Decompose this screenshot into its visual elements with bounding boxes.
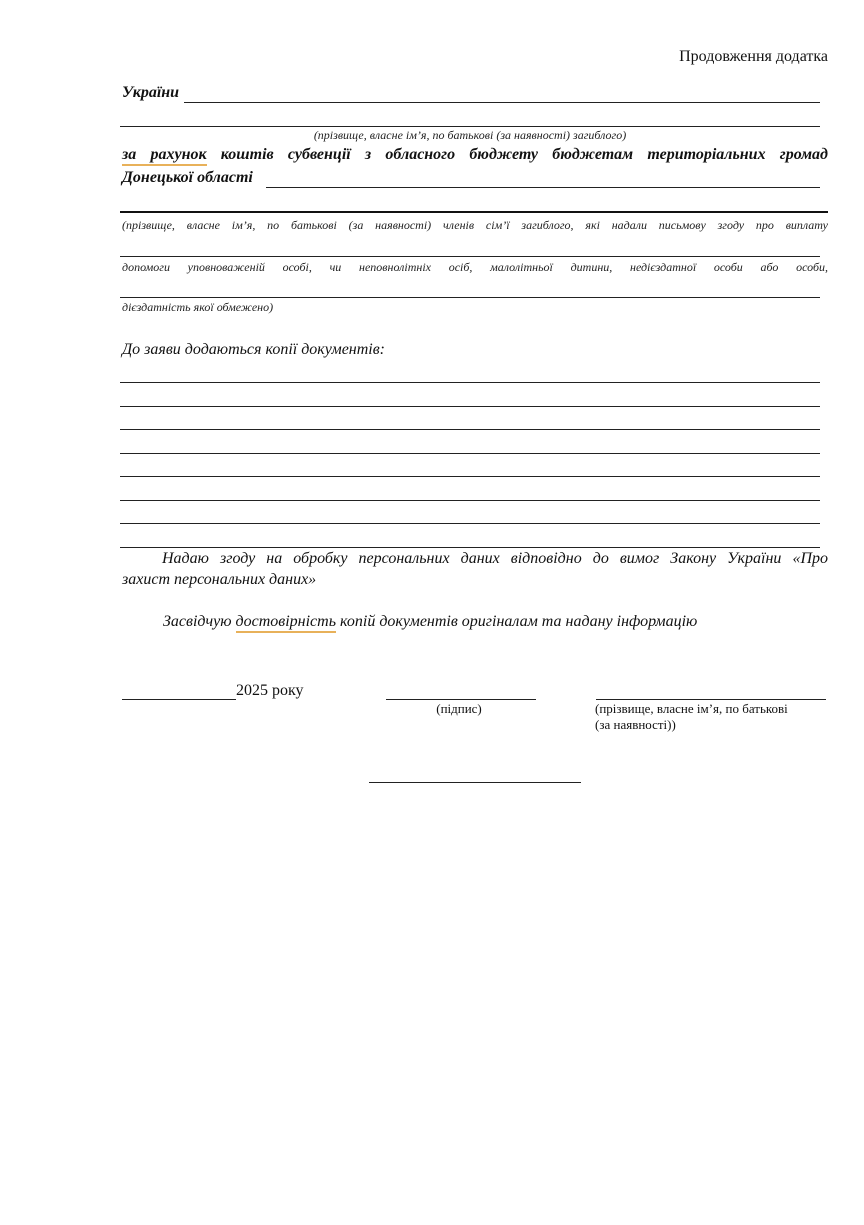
- region-label: Донецької області: [122, 169, 253, 187]
- certify-text-before: Засвідчую: [163, 613, 236, 630]
- attachment-line[interactable]: [120, 382, 820, 383]
- signature-caption: (підпис): [386, 701, 532, 717]
- country-label: України: [122, 84, 179, 102]
- certify-statement: Засвідчую достовірність копій документів…: [163, 613, 697, 631]
- attachment-line[interactable]: [120, 476, 820, 477]
- highlighted-phrase: за рахунок: [122, 146, 207, 166]
- name-caption-line2: (за наявності)): [595, 717, 676, 733]
- region-field-line[interactable]: [266, 187, 820, 188]
- attachments-label: До заяви додаються копії документів:: [122, 341, 385, 359]
- members-caption-line1: (прізвище, власне ім’я, по батькові (за …: [122, 218, 828, 233]
- name-field-line[interactable]: [596, 699, 826, 700]
- name-caption-line1: (прізвище, власне ім’я, по батькові: [595, 701, 788, 717]
- subsidy-text-rest: коштів субвенції з обласного бюджету бюд…: [207, 146, 828, 163]
- members-caption-line3: дієздатність якої обмежено): [122, 300, 273, 315]
- members-field-line3[interactable]: [120, 297, 820, 298]
- bottom-field-line[interactable]: [369, 782, 581, 783]
- attachment-line[interactable]: [120, 429, 820, 430]
- certify-highlight: достовірність: [236, 613, 336, 633]
- members-caption-line2: допомоги уповноваженій особі, чи неповно…: [122, 260, 828, 275]
- attachment-line[interactable]: [120, 406, 820, 407]
- signature-field-line[interactable]: [386, 699, 536, 700]
- consent-line2: захист персональних даних»: [122, 571, 316, 589]
- subsidy-text-line1: за рахунок коштів субвенції з обласного …: [122, 146, 828, 164]
- deceased-name-field-line2[interactable]: [120, 126, 820, 127]
- members-field-line2[interactable]: [120, 256, 820, 257]
- members-field-line1[interactable]: [120, 211, 828, 213]
- attachment-line[interactable]: [120, 523, 820, 524]
- consent-line1: Надаю згоду на обробку персональних дани…: [122, 550, 828, 568]
- attachment-line[interactable]: [120, 500, 820, 501]
- attachment-line[interactable]: [120, 453, 820, 454]
- date-year-label: 2025 року: [236, 682, 304, 700]
- date-field-line[interactable]: [122, 699, 236, 700]
- continuation-header: Продовження додатка: [679, 48, 828, 66]
- deceased-caption: (прізвище, власне ім’я, по батькові (за …: [120, 128, 820, 143]
- certify-text-after: копій документів оригіналам та надану ін…: [336, 613, 697, 630]
- attachment-line[interactable]: [120, 547, 820, 548]
- deceased-name-field-line1[interactable]: [184, 102, 820, 103]
